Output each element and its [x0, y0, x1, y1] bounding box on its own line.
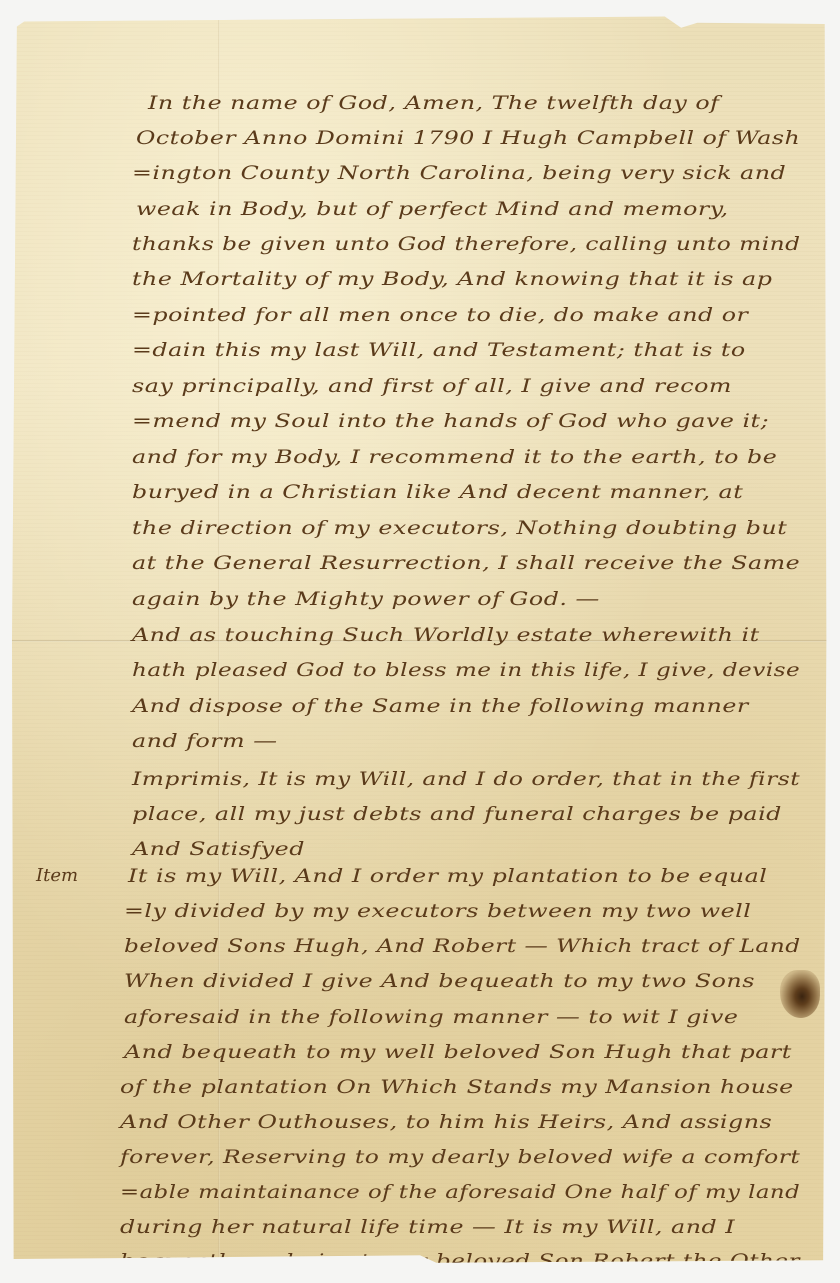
text-line: In the name of God, Amen, The twelfth da…: [148, 92, 719, 114]
ink-stain: [780, 970, 820, 1018]
text-line: and for my Body, I recommend it to the e…: [132, 446, 777, 468]
text-line: at the General Resurrection, I shall rec…: [132, 552, 800, 574]
text-line: the Mortality of my Body, And knowing th…: [132, 268, 772, 290]
text-line: =ington County North Carolina, being ver…: [132, 162, 786, 184]
text-line: aforesaid in the following manner — to w…: [124, 1006, 738, 1028]
text-line: forever, Reserving to my dearly beloved …: [120, 1146, 800, 1168]
text-line: =ly divided by my executors between my t…: [124, 900, 751, 922]
text-line: place, all my just debts and funeral cha…: [132, 803, 782, 825]
text-line: beloved Sons Hugh, And Robert — Which tr…: [124, 935, 801, 957]
text-line: And dispose of the Same in the following…: [132, 695, 749, 717]
text-line: again by the Mighty power of God. —: [132, 588, 600, 610]
text-line: It is my Will, And I order my plantation…: [128, 865, 767, 887]
text-line: And Satisfyed: [132, 838, 305, 860]
text-line: of the plantation On Which Stands my Man…: [120, 1076, 794, 1098]
text-line: =pointed for all men once to die, do mak…: [132, 304, 748, 326]
document-page: Item In the name of God, Amen, The twelf…: [12, 14, 828, 1264]
text-line: And as touching Such Worldly estate wher…: [132, 624, 760, 646]
text-line: thanks be given unto God therefore, call…: [132, 233, 801, 255]
margin-note-item: Item: [36, 865, 78, 886]
text-line: during her natural life time — It is my …: [120, 1216, 735, 1238]
text-line: =able maintainance of the aforesaid One …: [120, 1181, 800, 1203]
text-line: =mend my Soul into the hands of God who …: [132, 410, 769, 432]
text-line: and form —: [132, 730, 277, 752]
text-line: Imprimis, It is my Will, and I do order,…: [132, 768, 800, 790]
text-line: =dain this my last Will, and Testament; …: [132, 339, 746, 361]
text-line: And bequeath to my well beloved Son Hugh…: [124, 1041, 792, 1063]
text-line: say principally, and first of all, I giv…: [132, 375, 732, 397]
text-line: When divided I give And bequeath to my t…: [124, 970, 755, 992]
text-line: October Anno Domini 1790 I Hugh Campbell…: [136, 127, 800, 149]
text-line: And Other Outhouses, to him his Heirs, A…: [120, 1111, 772, 1133]
text-line: hath pleased God to bless me in this lif…: [132, 659, 800, 681]
text-line: buryed in a Christian like And decent ma…: [132, 481, 743, 503]
text-line: weak in Body, but of perfect Mind and me…: [136, 198, 729, 220]
text-line: the direction of my executors, Nothing d…: [132, 517, 787, 539]
